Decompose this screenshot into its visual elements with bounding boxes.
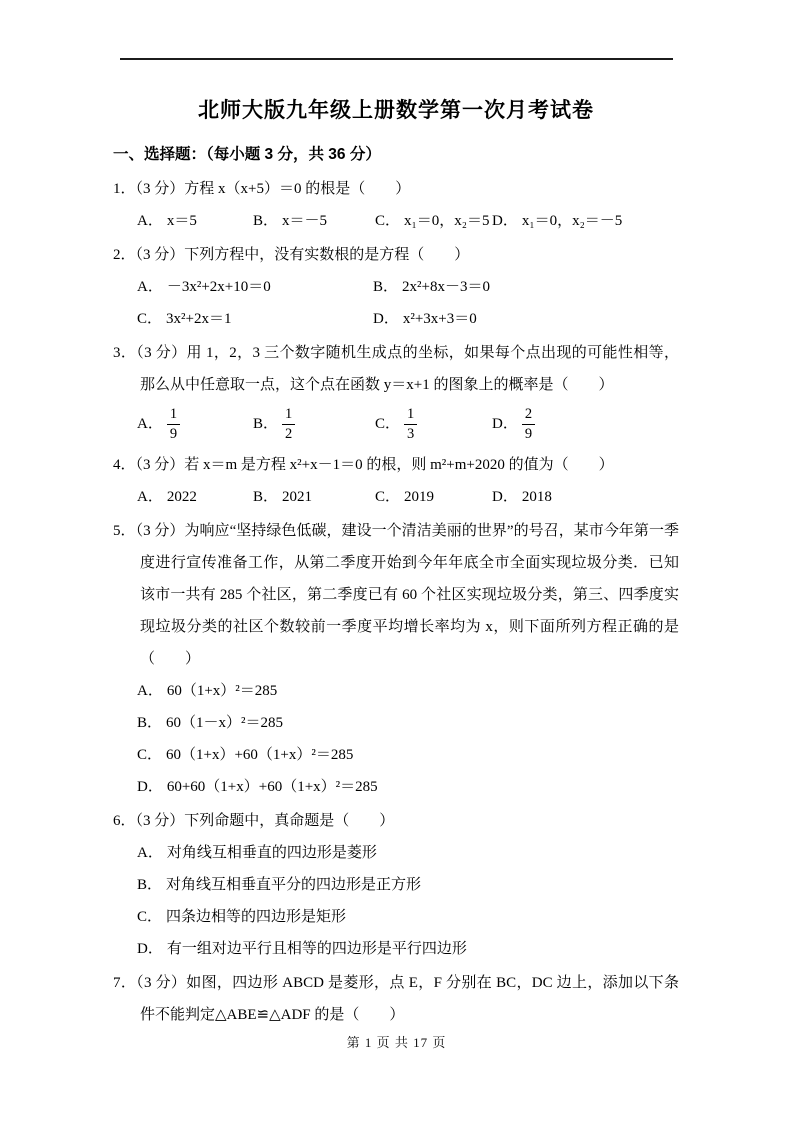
option-label: A． [137, 213, 163, 229]
question-stem: 7．（3 分）如图，四边形 ABCD 是菱形，点 E，F 分别在 BC，DC 边… [113, 967, 679, 1031]
page-title: 北师大版九年级上册数学第一次月考试卷 [113, 96, 679, 126]
option-a: A．60（1+x）²＝285 [137, 675, 679, 707]
option-label: B． [137, 715, 162, 731]
option-text: 有一组对边平行且相等的四边形是平行四边形 [167, 941, 467, 957]
question-text: （3 分）方程 x（x+5）＝0 的根是（ ） [136, 181, 411, 197]
question-number: 4． [113, 457, 136, 473]
option-b: B．2021 [253, 481, 375, 513]
question-number: 6． [113, 813, 136, 829]
option-label: C． [137, 747, 162, 763]
option-text: x＝－5 [282, 213, 327, 229]
options-grid: A．－3x²+2x+10＝0 B．2x²+8x－3＝0 C．3x²+2x＝1 D… [113, 271, 679, 335]
option-b: B．2x²+8x－3＝0 [373, 271, 679, 303]
fraction-denominator: 9 [522, 425, 535, 443]
fraction: 29 [522, 406, 535, 442]
fraction-numerator: 1 [167, 406, 180, 425]
fraction-denominator: 2 [282, 425, 295, 443]
fraction-numerator: 2 [522, 406, 535, 425]
exam-page: 北师大版九年级上册数学第一次月考试卷 一、选择题：（每小题 3 分，共 36 分… [0, 0, 793, 1122]
option-b: B．60（1－x）²＝285 [137, 707, 679, 739]
option-text: －3x²+2x+10＝0 [167, 279, 271, 295]
question-stem: 1．（3 分）方程 x（x+5）＝0 的根是（ ） [113, 173, 679, 205]
question-text: （3 分）用 1，2，3 三个数字随机生成点的坐标，如果每个点出现的可能性相等，… [136, 345, 679, 393]
question-text: （3 分）下列命题中，真命题是（ ） [136, 813, 395, 829]
page-content: 北师大版九年级上册数学第一次月考试卷 一、选择题：（每小题 3 分，共 36 分… [113, 88, 679, 1033]
option-c: C．60（1+x）+60（1+x）²＝285 [137, 739, 679, 771]
option-d: D．x²+3x+3＝0 [373, 303, 679, 335]
options-list: A．对角线互相垂直的四边形是菱形 B．对角线互相垂直平分的四边形是正方形 C．四… [113, 837, 679, 965]
option-text: 对角线互相垂直平分的四边形是正方形 [166, 877, 421, 893]
fraction: 12 [282, 406, 295, 442]
question-stem: 5．（3 分）为响应“坚持绿色低碳，建设一个清洁美丽的世界”的号召，某市今年第一… [113, 515, 679, 675]
option-c: C．x₁＝0，x₂＝5 [375, 205, 492, 237]
question-7: 7．（3 分）如图，四边形 ABCD 是菱形，点 E，F 分别在 BC，DC 边… [113, 967, 679, 1031]
option-label: D． [373, 311, 399, 327]
option-text: 3x²+2x＝1 [166, 311, 231, 327]
option-label: B． [373, 279, 398, 295]
options-row: A．2022 B．2021 C．2019 D．2018 [113, 481, 679, 513]
option-label: C． [137, 909, 162, 925]
option-text: 2022 [167, 489, 197, 505]
fraction-numerator: 1 [282, 406, 295, 425]
fraction-denominator: 3 [404, 425, 417, 443]
option-label: A． [137, 683, 163, 699]
option-label: D． [492, 408, 518, 440]
options-list: A．60（1+x）²＝285 B．60（1－x）²＝285 C．60（1+x）+… [113, 675, 679, 803]
header-rule [120, 58, 673, 60]
question-stem: 3．（3 分）用 1，2，3 三个数字随机生成点的坐标，如果每个点出现的可能性相… [113, 337, 679, 401]
option-text: x²+3x+3＝0 [403, 311, 477, 327]
question-text: （3 分）下列方程中，没有实数根的是方程（ ） [136, 247, 470, 263]
option-a: A．2022 [137, 481, 253, 513]
option-label: C． [137, 311, 162, 327]
question-3: 3．（3 分）用 1，2，3 三个数字随机生成点的坐标，如果每个点出现的可能性相… [113, 337, 679, 447]
option-b: B．x＝－5 [253, 205, 375, 237]
question-number: 7． [113, 975, 136, 991]
option-a: A．19 [137, 401, 253, 447]
option-label: A． [137, 845, 163, 861]
question-text: （3 分）如图，四边形 ABCD 是菱形，点 E，F 分别在 BC，DC 边上，… [136, 975, 679, 1023]
options-row: A．x＝5 B．x＝－5 C．x₁＝0，x₂＝5 D．x₁＝0，x₂＝－5 [113, 205, 679, 237]
option-text: 60（1－x）²＝285 [166, 715, 283, 731]
fraction: 19 [167, 406, 180, 442]
option-text: 60（1+x）+60（1+x）²＝285 [166, 747, 353, 763]
option-label: B． [137, 877, 162, 893]
options-row: A．19 B．12 C．13 D．29 [113, 401, 679, 447]
question-5: 5．（3 分）为响应“坚持绿色低碳，建设一个清洁美丽的世界”的号召，某市今年第一… [113, 515, 679, 803]
option-text: 2019 [404, 489, 434, 505]
option-text: 60+60（1+x）+60（1+x）²＝285 [167, 779, 378, 795]
question-number: 1． [113, 181, 136, 197]
question-number: 5． [113, 523, 136, 539]
question-text: （3 分）为响应“坚持绿色低碳，建设一个清洁美丽的世界”的号召，某市今年第一季度… [136, 523, 679, 667]
option-label: D． [492, 213, 518, 229]
question-number: 2． [113, 247, 136, 263]
option-label: A． [137, 489, 163, 505]
option-label: D． [492, 489, 518, 505]
option-text: 对角线互相垂直的四边形是菱形 [167, 845, 377, 861]
question-stem: 6．（3 分）下列命题中，真命题是（ ） [113, 805, 679, 837]
question-4: 4．（3 分）若 x＝m 是方程 x²+x－1＝0 的根，则 m²+m+2020… [113, 449, 679, 513]
option-label: B． [253, 489, 278, 505]
option-d: D．x₁＝0，x₂＝－5 [492, 205, 679, 237]
question-stem: 2．（3 分）下列方程中，没有实数根的是方程（ ） [113, 239, 679, 271]
question-text: （3 分）若 x＝m 是方程 x²+x－1＝0 的根，则 m²+m+2020 的… [136, 457, 614, 473]
option-c: C．13 [375, 401, 492, 447]
option-text: 60（1+x）²＝285 [167, 683, 277, 699]
question-number: 3． [113, 345, 136, 361]
option-a: A．x＝5 [137, 205, 253, 237]
option-label: C． [375, 213, 400, 229]
option-text: x＝5 [167, 213, 197, 229]
option-label: D． [137, 779, 163, 795]
option-label: C． [375, 489, 400, 505]
option-label: A． [137, 408, 163, 440]
page-footer: 第 1 页 共 17 页 [0, 1032, 793, 1051]
option-a: A．对角线互相垂直的四边形是菱形 [137, 837, 679, 869]
question-1: 1．（3 分）方程 x（x+5）＝0 的根是（ ） A．x＝5 B．x＝－5 C… [113, 173, 679, 237]
option-b: B．对角线互相垂直平分的四边形是正方形 [137, 869, 679, 901]
option-d: D．60+60（1+x）+60（1+x）²＝285 [137, 771, 679, 803]
option-text: 四条边相等的四边形是矩形 [166, 909, 346, 925]
option-d: D．2018 [492, 481, 679, 513]
option-a: A．－3x²+2x+10＝0 [137, 271, 373, 303]
fraction: 13 [404, 406, 417, 442]
option-text: 2021 [282, 489, 312, 505]
section-header: 一、选择题：（每小题 3 分，共 36 分） [113, 143, 679, 167]
option-label: B． [253, 408, 278, 440]
option-d: D．29 [492, 401, 679, 447]
option-text: 2x²+8x－3＝0 [402, 279, 490, 295]
option-label: D． [137, 941, 163, 957]
question-2: 2．（3 分）下列方程中，没有实数根的是方程（ ） A．－3x²+2x+10＝0… [113, 239, 679, 335]
option-c: C．3x²+2x＝1 [137, 303, 373, 335]
question-6: 6．（3 分）下列命题中，真命题是（ ） A．对角线互相垂直的四边形是菱形 B．… [113, 805, 679, 965]
fraction-denominator: 9 [167, 425, 180, 443]
question-stem: 4．（3 分）若 x＝m 是方程 x²+x－1＝0 的根，则 m²+m+2020… [113, 449, 679, 481]
option-label: B． [253, 213, 278, 229]
option-label: C． [375, 408, 400, 440]
fraction-numerator: 1 [404, 406, 417, 425]
option-label: A． [137, 279, 163, 295]
option-b: B．12 [253, 401, 375, 447]
option-text: x₁＝0，x₂＝5 [404, 213, 489, 229]
option-text: 2018 [522, 489, 552, 505]
option-text: x₁＝0，x₂＝－5 [522, 213, 622, 229]
option-c: C．2019 [375, 481, 492, 513]
option-c: C．四条边相等的四边形是矩形 [137, 901, 679, 933]
option-d: D．有一组对边平行且相等的四边形是平行四边形 [137, 933, 679, 965]
